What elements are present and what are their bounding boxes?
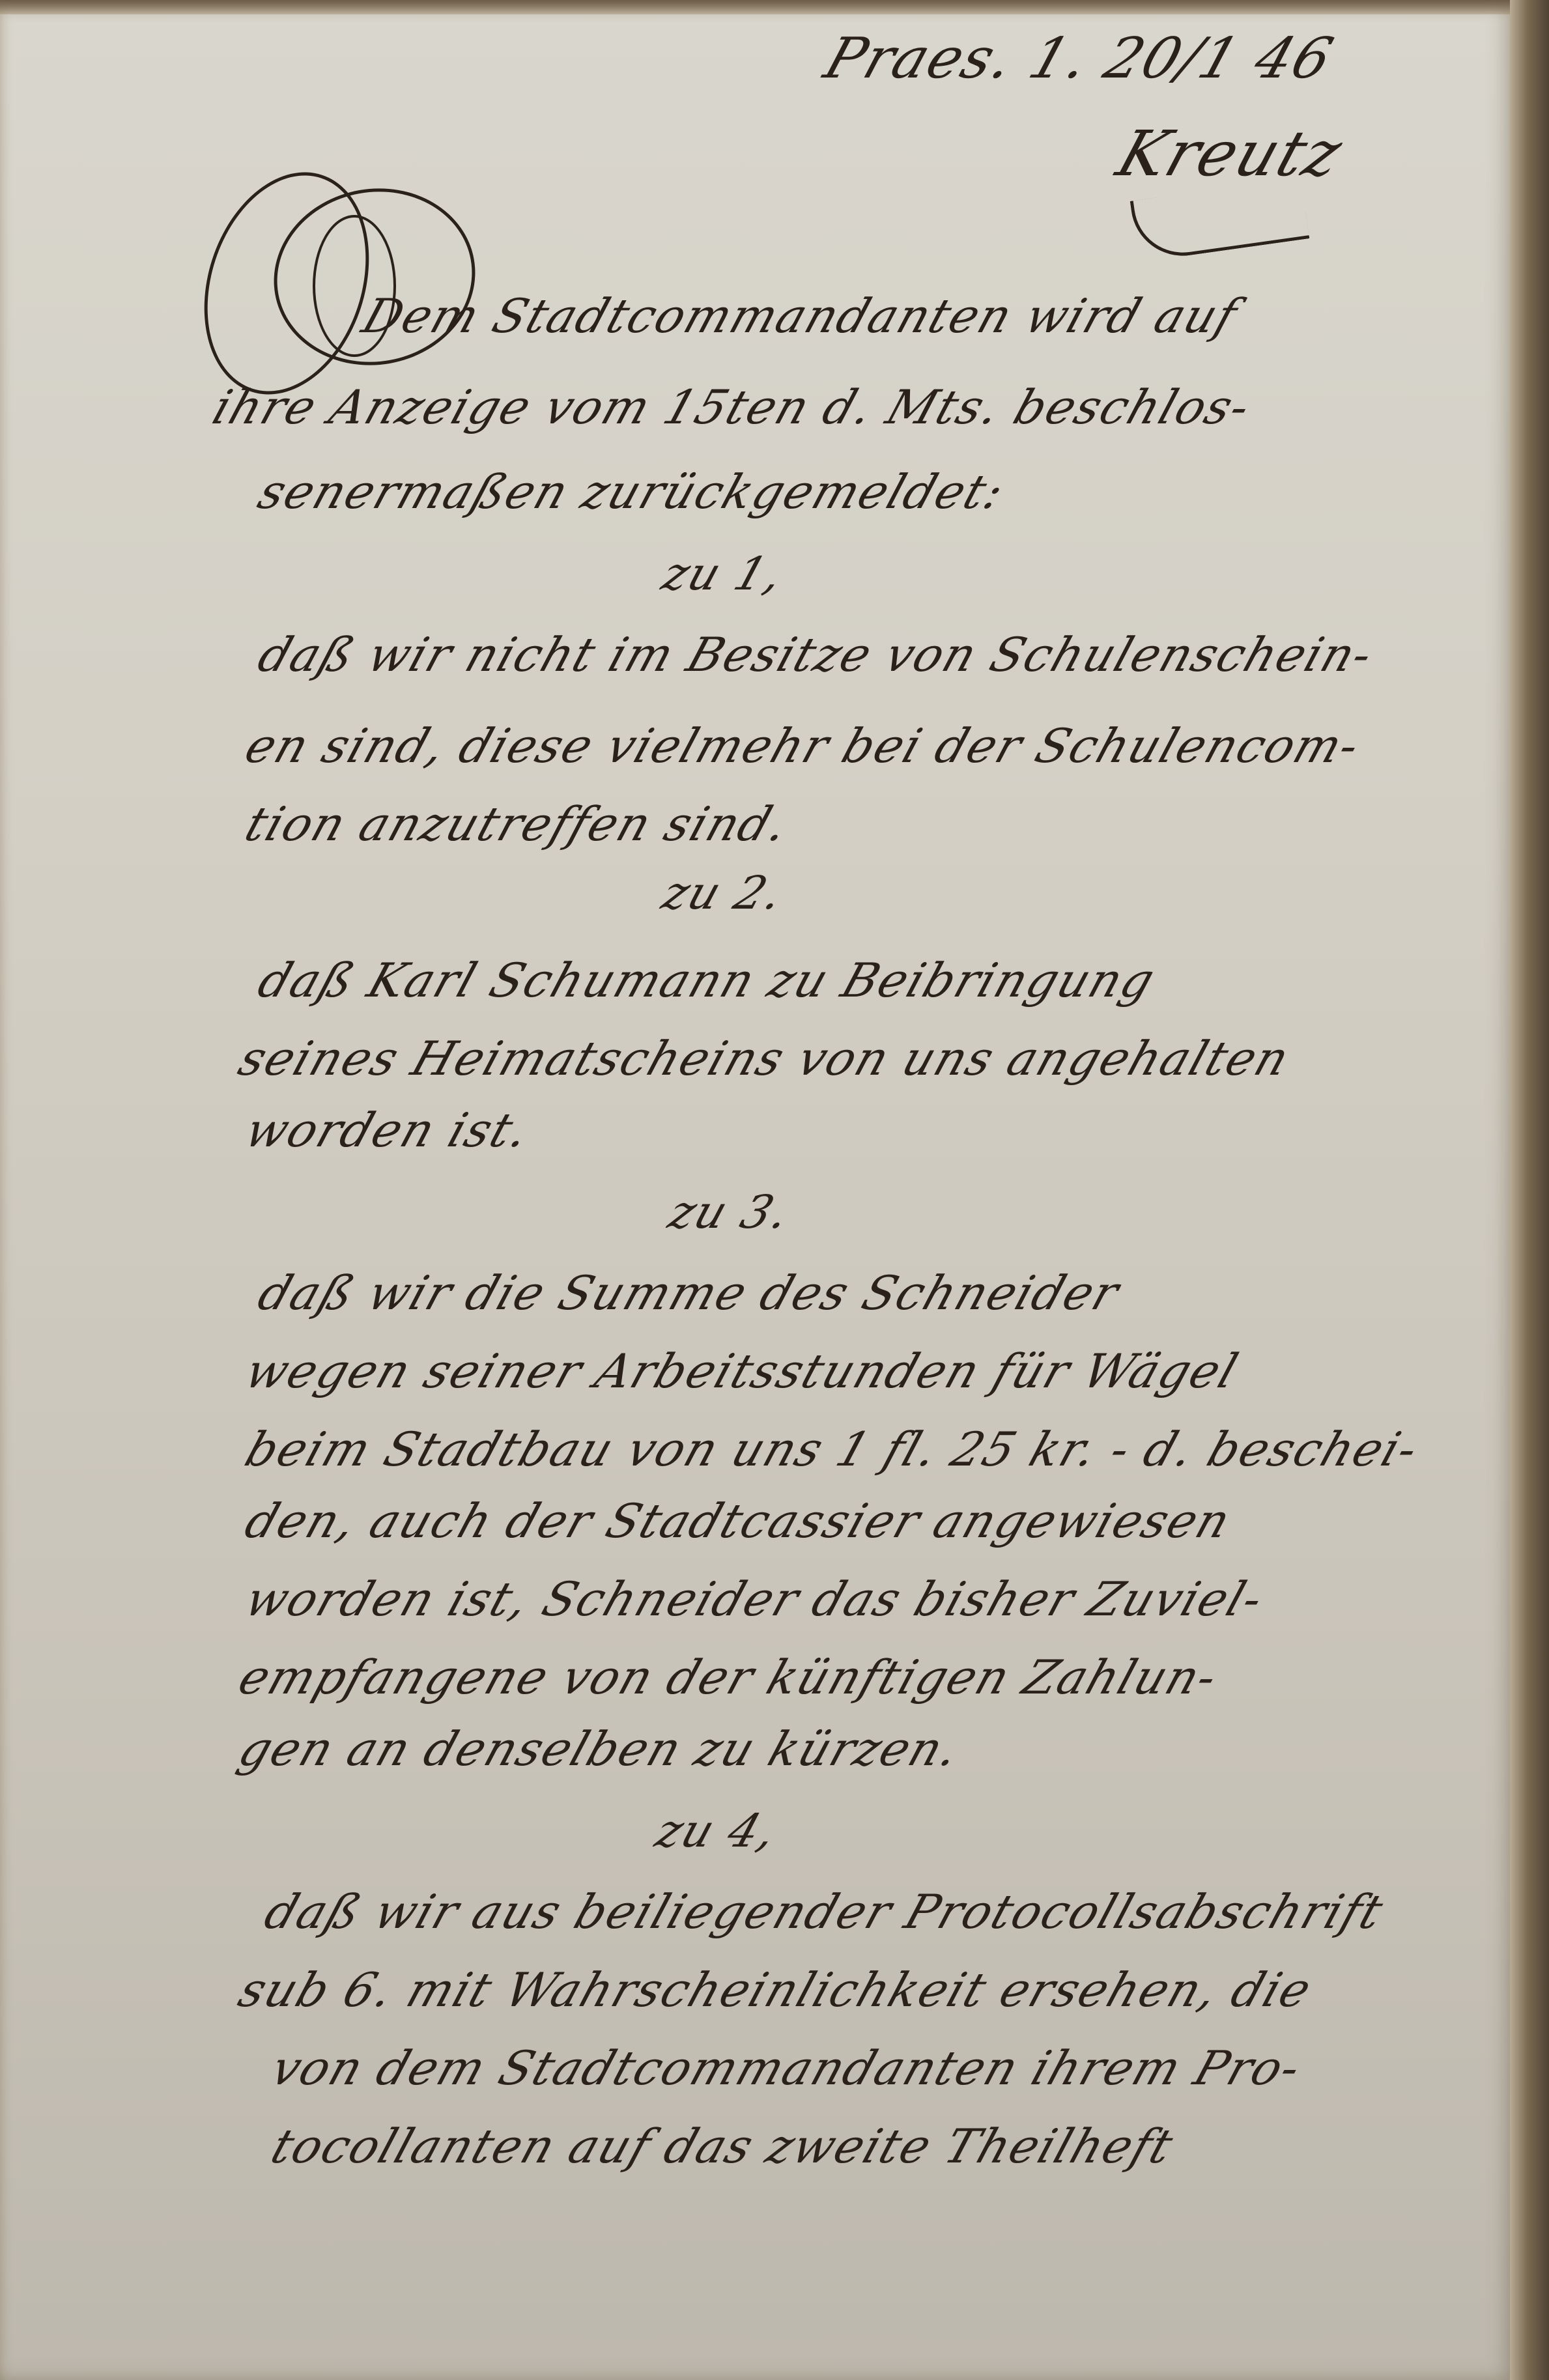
section-2-line-3: worden ist. [238,1101,537,1159]
section-1-line-2: en sind, diese vielmehr bei der Schulenc… [238,716,1368,775]
section-4-heading: zu 4, [649,1804,785,1858]
intro-line-3: senermaßen zurückgemeldet: [251,462,1012,521]
manuscript-page: Praes. 1. 20/1 46 Kreutz Dem Stadtcomman… [0,0,1518,2380]
section-1-line-1: daß wir nicht im Besitze von Schulensche… [251,625,1381,684]
intro-line-2: ihre Anzeige vom 15ten d. Mts. beschlos- [205,378,1258,436]
top-edge-stain [0,0,1518,14]
section-3-line-3: beim Stadtbau von uns 1 fl. 25 kr. - d. … [238,1420,1426,1479]
section-3-line-2: wegen seiner Arbeitsstunden für Wägel [238,1342,1246,1400]
section-4-line-3: von dem Stadtcommandanten ihrem Pro- [264,2039,1309,2097]
section-1-line-3: tion anzutreffen sind. [238,795,797,853]
section-3-line-7: gen an denselben zu kürzen. [231,1720,967,1778]
section-3-line-5: worden ist, Schneider das bisher Zuviel- [238,1570,1272,1628]
section-2-heading: zu 2. [656,866,791,920]
receipt-note: Praes. 1. 20/1 46 [817,26,1342,91]
section-1-heading: zu 1, [656,547,791,601]
section-4-line-4: tocollanten auf das zweite Theilheft [264,2117,1181,2175]
section-3-line-4: den, auch der Stadtcassier angewiesen [238,1492,1238,1550]
signature: Kreutz [1109,117,1352,190]
section-2-line-1: daß Karl Schumann zu Beibringung [251,951,1163,1010]
section-4-line-2: sub 6. mit Wahrscheinlichkeit ersehen, d… [231,1961,1320,2019]
section-3-heading: zu 3. [662,1185,798,1239]
intro-line-1: Dem Stadtcommandanten wird auf [355,287,1245,345]
section-3-line-6: empfangene von der künftigen Zahlun- [231,1648,1225,1707]
binding-edge [1510,0,1549,2380]
section-4-line-1: daß wir aus beiliegender Protocollsabsch… [257,1882,1391,1941]
section-2-line-2: seines Heimatscheins von uns angehalten [231,1029,1298,1088]
section-3-line-1: daß wir die Summe des Schneider [251,1264,1127,1322]
